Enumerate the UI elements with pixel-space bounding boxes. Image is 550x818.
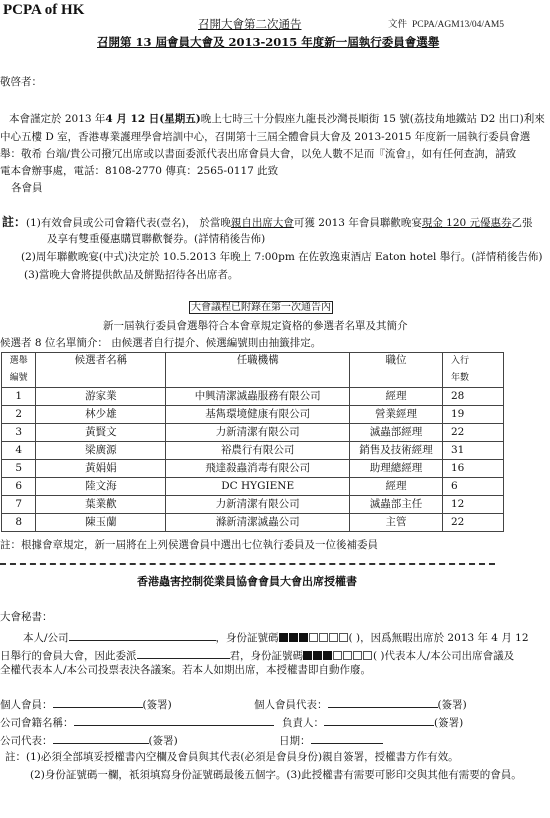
col-header-line2: 年數 bbox=[451, 370, 503, 387]
para1-line1: 本會謹定於 2013 年4 月 12 日(星期五)晚上七時三十分假座九龍長沙灣長… bbox=[9, 114, 545, 125]
cell-title: 助理總經理 bbox=[350, 460, 443, 478]
representative-name-field[interactable] bbox=[137, 648, 230, 659]
col-election-no: 選舉 編號 bbox=[2, 353, 36, 388]
sign-individual-rep-row: 個人會員代表：(簽署) bbox=[254, 697, 467, 711]
signature-suffix: (簽署) bbox=[149, 735, 178, 747]
col-candidate-name: 候選者名稱 bbox=[36, 353, 166, 388]
notice-title: 召開大會第二次通告 bbox=[198, 19, 302, 31]
doc-ref-value: PCPA/AGM13/04/AM5 bbox=[412, 20, 504, 30]
cell-title: 經理 bbox=[350, 388, 443, 406]
note-2: (2)周年聯歡晚宴(中式)決定於 10.5.2013 年晚上 7:00pm 在佐… bbox=[21, 252, 542, 263]
table-row: 6陸文海DC HYGIENE經理6 bbox=[2, 478, 504, 496]
note-1-text-a: (1)有效會員或公司會籍代表(壹名)， 於當晚 bbox=[26, 217, 231, 229]
cell-title: 滅蟲部經理 bbox=[350, 424, 443, 442]
cell-no: 7 bbox=[2, 496, 36, 514]
proxy-line2: 日舉行的會員大會，因此委派君，身份証號碼( )代表本人/本公司出席會議及 bbox=[0, 648, 514, 662]
cell-name: 黃娟娟 bbox=[36, 460, 166, 478]
table-row: 4梁廣源裕農行有限公司銷售及技術經理31 bbox=[2, 442, 504, 460]
note-1-text-c: 乙張 bbox=[512, 217, 533, 229]
organization-name: PCPA of HK bbox=[3, 3, 84, 18]
cell-title: 銷售及技術經理 bbox=[350, 442, 443, 460]
salutation: 敬啓者： bbox=[0, 77, 42, 88]
sign-individual-row: 個人會員：(簽署) bbox=[0, 697, 172, 711]
cell-no: 3 bbox=[2, 424, 36, 442]
col-position: 職位 bbox=[350, 353, 443, 388]
proxy-addressee: 大會秘書： bbox=[0, 612, 53, 623]
cell-org: 飛達殺蟲消毒有限公司 bbox=[166, 460, 350, 478]
individual-member-signature-field[interactable] bbox=[53, 697, 143, 708]
cell-title: 主管 bbox=[350, 514, 443, 532]
cell-years: 28 bbox=[442, 388, 503, 406]
table-row: 3黃賢文力新清潔有限公司滅蟲部經理22 bbox=[2, 424, 504, 442]
para1-line3: 舉：敬希 台端/貴公司撥冗出席或以書面委派代表出席會員大會，以免人數不足而『流會… bbox=[0, 149, 516, 160]
proxy-l1-text: ( )，因爲無暇出席於 2013 年 4 月 12 bbox=[349, 632, 529, 644]
proxy-l2-id-label: 君，身份証號碼 bbox=[230, 650, 304, 662]
col-organization: 任職機構 bbox=[166, 353, 350, 388]
cell-no: 4 bbox=[2, 442, 36, 460]
cell-name: 陸文海 bbox=[36, 478, 166, 496]
table-row: 7葉業歡力新清潔有限公司滅蟲部主任12 bbox=[2, 496, 504, 514]
date-field[interactable] bbox=[311, 733, 383, 744]
col-header-text: 職位 bbox=[350, 353, 442, 366]
cell-org: 裕農行有限公司 bbox=[166, 442, 350, 460]
cut-line-divider bbox=[0, 563, 495, 565]
col-header-line1: 選舉 bbox=[2, 353, 35, 370]
cell-years: 31 bbox=[442, 442, 503, 460]
document-reference: 文件PCPA/AGM13/04/AM5 bbox=[388, 20, 504, 31]
closing: 各會員 bbox=[11, 183, 43, 194]
cell-no: 5 bbox=[2, 460, 36, 478]
para1-text-a: 本會謹定於 2013 年 bbox=[9, 113, 105, 125]
person-in-charge-label: 負責人： bbox=[282, 717, 324, 729]
cell-years: 19 bbox=[442, 406, 503, 424]
cell-org: 基雋環境健康有限公司 bbox=[166, 406, 350, 424]
cell-years: 22 bbox=[442, 424, 503, 442]
signature-suffix: (簽署) bbox=[438, 699, 467, 711]
note-1-underline-1: 親自出席大會 bbox=[231, 217, 294, 229]
cell-years: 16 bbox=[442, 460, 503, 478]
individual-member-label: 個人會員： bbox=[0, 699, 53, 711]
proxy-l1-label: 本人/公司 bbox=[23, 632, 69, 644]
note-1-text-b: 可獲 2013 年會員聯歡晚宴 bbox=[294, 217, 422, 229]
col-header-line2: 編號 bbox=[2, 370, 35, 387]
para1-text-b: 晚上七時三十分假座九龍長沙灣長順街 15 號(荔技角地鐵站 D2 出口)利來 bbox=[201, 113, 545, 125]
signature-suffix: (簽署) bbox=[434, 717, 463, 729]
cell-title: 經理 bbox=[350, 478, 443, 496]
signature-suffix: (簽署) bbox=[143, 699, 172, 711]
para1-line2: 中心五樓 D 室，香港專業護理學會培訓中心，召開第十三屆全體會員大會及 2013… bbox=[0, 132, 530, 143]
cell-org: 力新清潔有限公司 bbox=[166, 424, 350, 442]
cell-org: 中興清潔滅蟲服務有限公司 bbox=[166, 388, 350, 406]
company-rep-row: 公司代表：(簽署) bbox=[0, 733, 178, 747]
proxy-l2-label: 日舉行的會員大會，因此委派 bbox=[0, 650, 137, 662]
table-row: 8陳玉蘭滌新清潔滅蟲公司主管22 bbox=[2, 514, 504, 532]
cell-name: 黃賢文 bbox=[36, 424, 166, 442]
para1-line4: 電本會辦事處，電話：8108-2770 傳真：2565-0117 此致 bbox=[0, 166, 278, 177]
cell-org: 力新清潔有限公司 bbox=[166, 496, 350, 514]
cell-title: 營業經理 bbox=[350, 406, 443, 424]
table-header-row: 選舉 編號 候選者名稱 任職機構 職位 入行 年數 bbox=[2, 353, 504, 388]
cell-years: 22 bbox=[442, 514, 503, 532]
company-name-field[interactable] bbox=[74, 715, 274, 726]
company-rep-label: 公司代表： bbox=[0, 735, 53, 747]
cell-years: 12 bbox=[442, 496, 503, 514]
col-header-text: 任職機構 bbox=[166, 353, 349, 366]
table-row: 1游家業中興清潔滅蟲服務有限公司經理28 bbox=[2, 388, 504, 406]
cell-name: 葉業歡 bbox=[36, 496, 166, 514]
cell-org: DC HYGIENE bbox=[166, 478, 350, 496]
note-3: (3)當晚大會將提供飲品及餅點招待各出席者。 bbox=[24, 270, 238, 281]
proxy-l2-text: ( )代表本人/本公司出席會議及 bbox=[373, 650, 514, 662]
individual-rep-signature-field[interactable] bbox=[328, 697, 438, 708]
proxy-note-1: 註：(1)必須全部填妥授權書內空欄及會員與其代表(必須是會員身份)親自簽署，授權… bbox=[5, 752, 459, 763]
company-name-row: 公司會籍名稱： bbox=[0, 715, 274, 729]
id-number-boxes-1[interactable] bbox=[279, 632, 349, 644]
cell-name: 游家業 bbox=[36, 388, 166, 406]
candidates-table: 選舉 編號 候選者名稱 任職機構 職位 入行 年數 1游家業中興清潔滅蟲服務有限… bbox=[1, 352, 504, 532]
company-name-label: 公司會籍名稱： bbox=[0, 717, 74, 729]
candidates-intro: 候選者 8 位名單簡介： 由候選者自行提介、候選編號則由抽籤排定。 bbox=[0, 338, 321, 349]
doc-ref-label: 文件 bbox=[388, 19, 407, 30]
col-years: 入行 年數 bbox=[442, 353, 503, 388]
id-number-boxes-2[interactable] bbox=[303, 650, 373, 662]
meeting-date: 4 月 12 日(星期五) bbox=[105, 113, 200, 125]
cell-org: 滌新清潔滅蟲公司 bbox=[166, 514, 350, 532]
col-header-text: 候選者名稱 bbox=[36, 353, 165, 366]
date-row: 日期： bbox=[279, 733, 383, 747]
agenda-text: 大會議程已附錄在第一次通告內 bbox=[189, 301, 333, 314]
cell-name: 梁廣源 bbox=[36, 442, 166, 460]
table-row: 5黃娟娟飛達殺蟲消毒有限公司助理總經理16 bbox=[2, 460, 504, 478]
main-title: 召開第 13 屆會員大會及 2013-2015 年度新一屆執行委員會選舉 bbox=[97, 37, 439, 49]
cell-name: 林少雄 bbox=[36, 406, 166, 424]
note-1-line2: 及享有雙重優惠購買聯歡餐券。(詳情稍後告佈) bbox=[47, 234, 265, 245]
candidates-note: 註：根據會章規定，新一屆將在上列侯選會員中選出七位執行委員及一位後補委員 bbox=[0, 540, 378, 551]
note-1: 註：(1)有效會員或公司會籍代表(壹名)， 於當晚親自出席大會可獲 2013 年… bbox=[2, 216, 533, 229]
cell-title: 滅蟲部主任 bbox=[350, 496, 443, 514]
cell-no: 1 bbox=[2, 388, 36, 406]
member-name-field[interactable] bbox=[69, 630, 216, 641]
agenda-box: 大會議程已附錄在第一次通告內 bbox=[189, 302, 333, 313]
table-row: 2林少雄基雋環境健康有限公司營業經理19 bbox=[2, 406, 504, 424]
note-1-underline-2: 現金 120 元優惠券 bbox=[422, 217, 512, 229]
note-label: 註： bbox=[2, 215, 26, 229]
cell-years: 6 bbox=[442, 478, 503, 496]
proxy-line1: 本人/公司，身份証號碼( )，因爲無暇出席於 2013 年 4 月 12 bbox=[23, 630, 529, 644]
candidates-heading: 新一屆執行委員會選舉符合本會章規定資格的參選者名單及其簡介 bbox=[103, 321, 408, 332]
col-header-line1: 入行 bbox=[451, 353, 503, 370]
cell-no: 6 bbox=[2, 478, 36, 496]
person-in-charge-signature-field[interactable] bbox=[324, 715, 434, 726]
company-rep-signature-field[interactable] bbox=[53, 733, 149, 744]
individual-rep-label: 個人會員代表： bbox=[254, 699, 328, 711]
cell-no: 8 bbox=[2, 514, 36, 532]
date-label: 日期： bbox=[279, 735, 311, 747]
proxy-l1-id-label: ，身份証號碼 bbox=[216, 632, 279, 644]
proxy-form-title: 香港蟲害控制從業員協會會員大會出席授權書 bbox=[137, 576, 357, 587]
proxy-line3: 全權代表本人/本公司投票表決各議案。若本人如期出席，本授權書即自動作廢。 bbox=[0, 665, 371, 676]
cell-name: 陳玉蘭 bbox=[36, 514, 166, 532]
cell-no: 2 bbox=[2, 406, 36, 424]
person-in-charge-row: 負責人：(簽署) bbox=[282, 715, 463, 729]
proxy-note-2: (2)身份証號碼一欄，祇須填寫身份証號碼最後五個字。(3)此授權書有需要可影印交… bbox=[30, 770, 522, 781]
